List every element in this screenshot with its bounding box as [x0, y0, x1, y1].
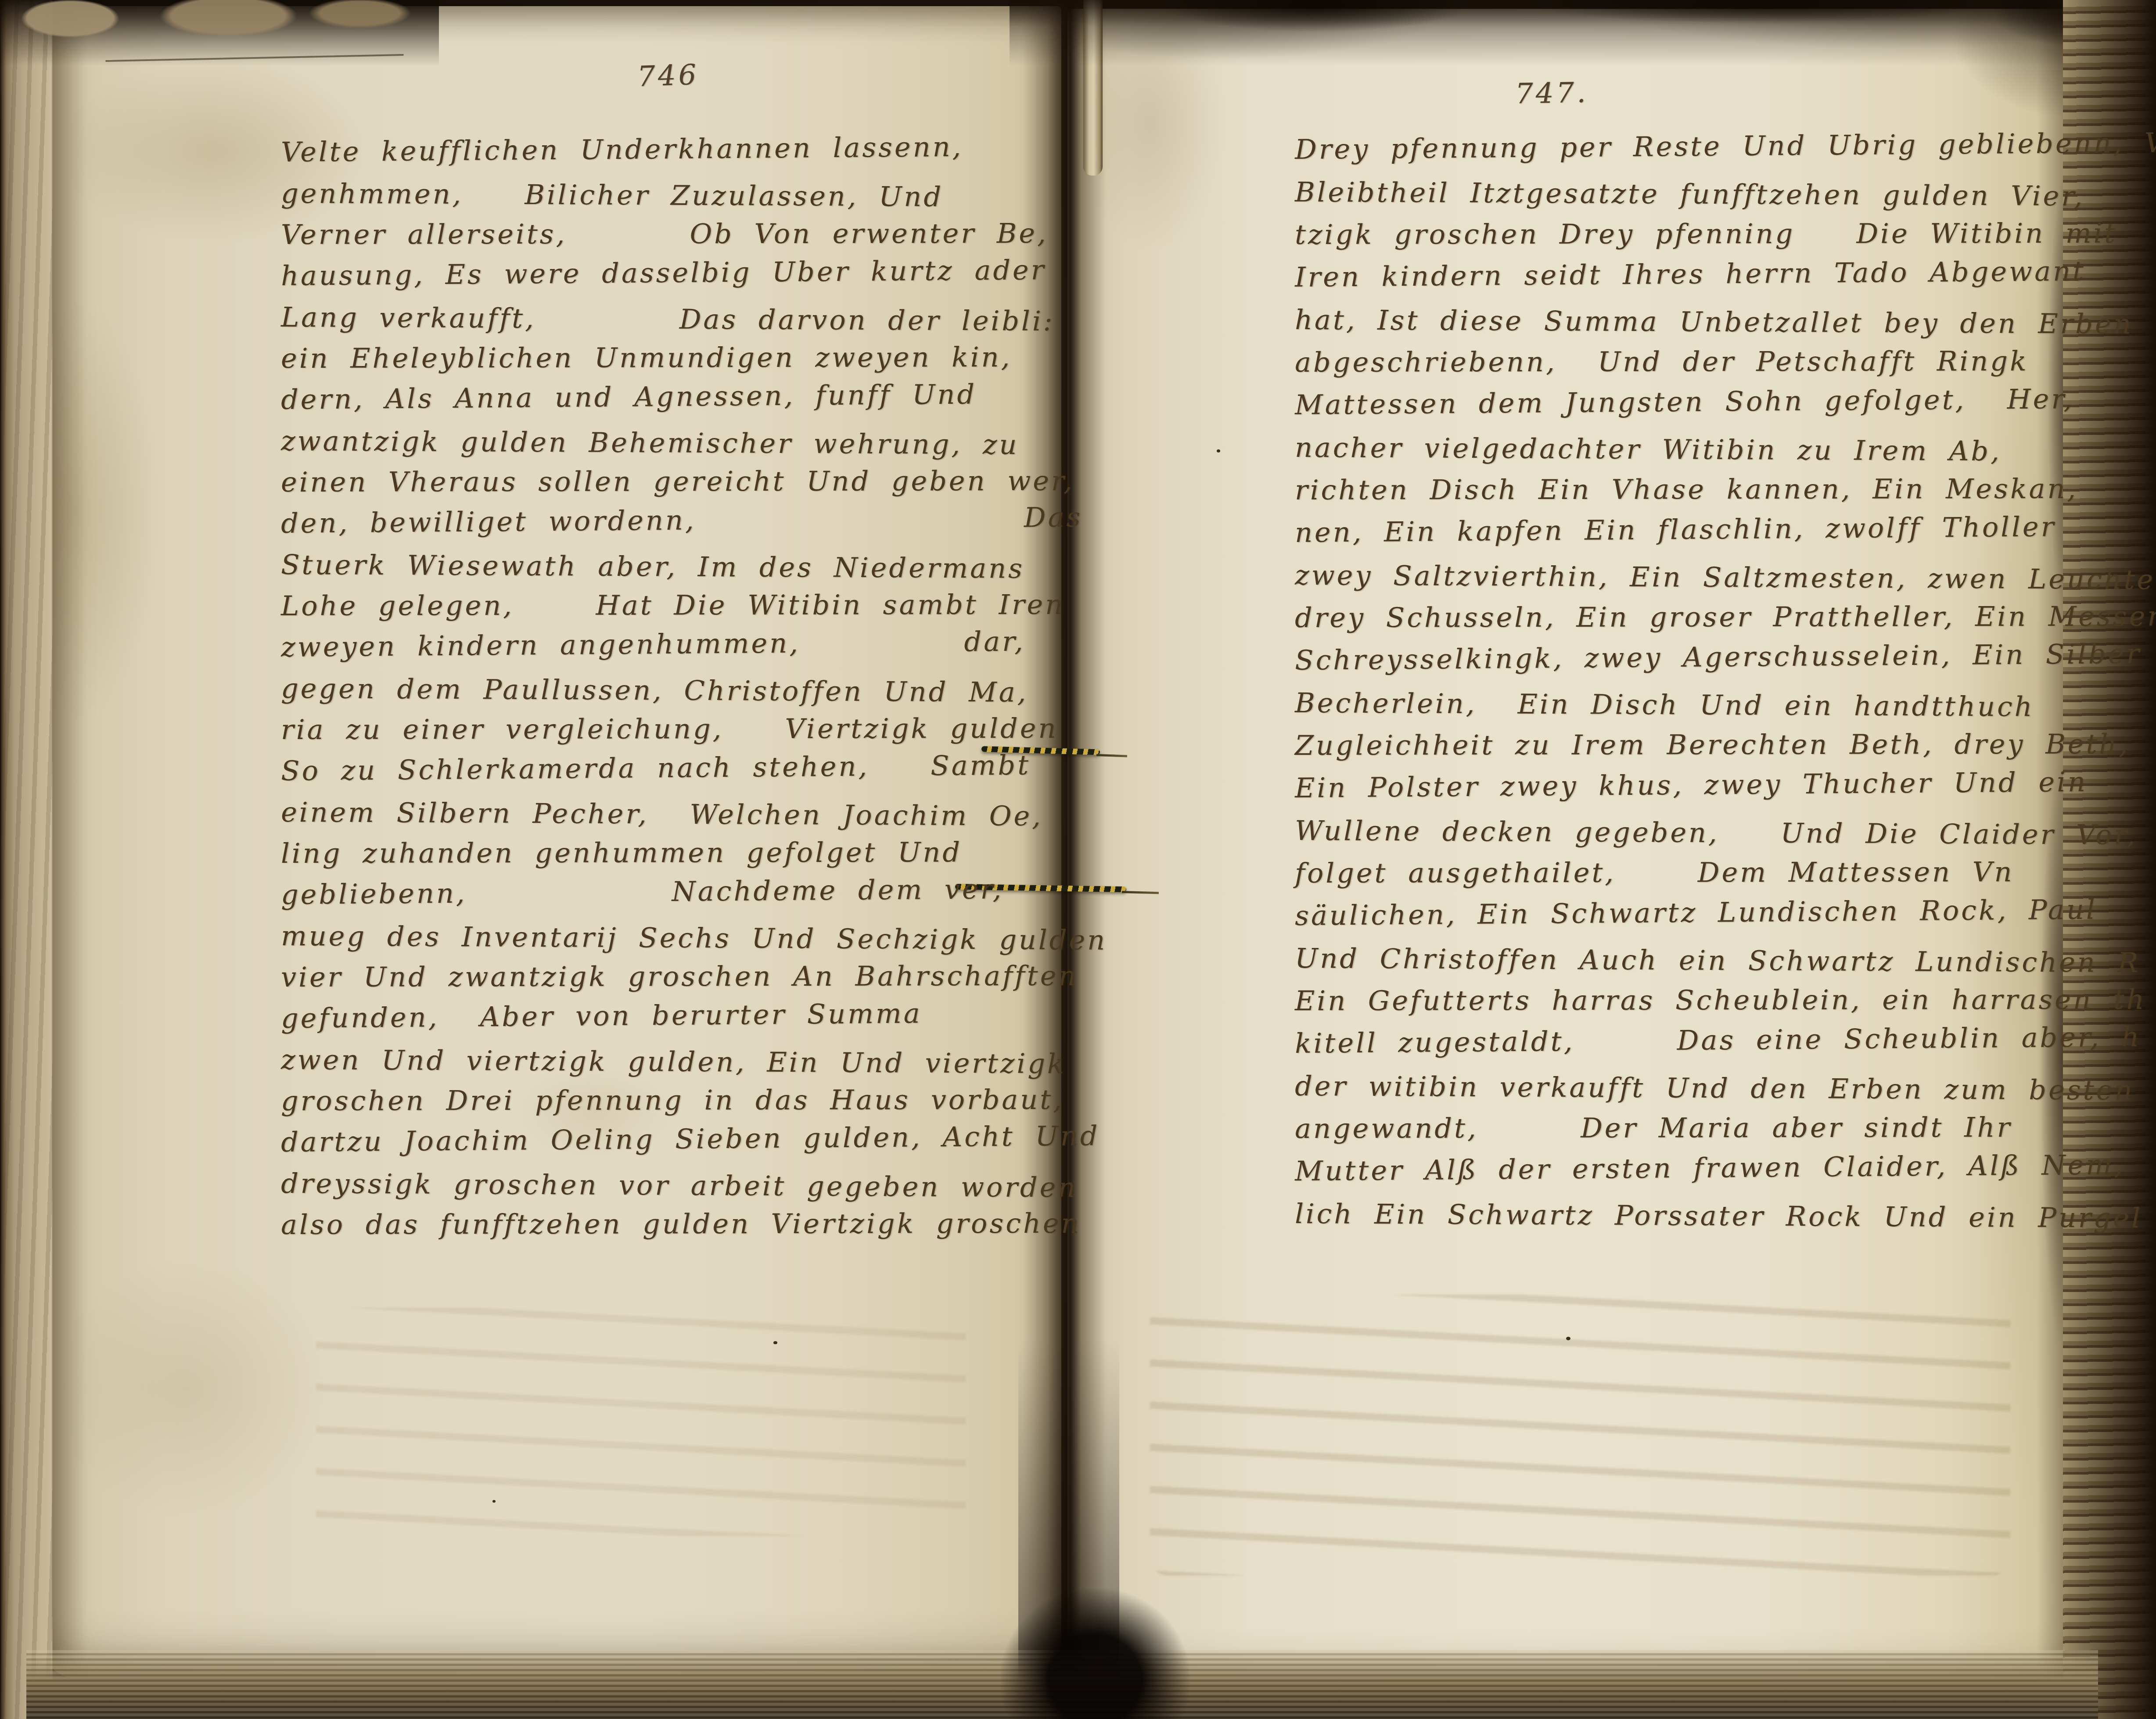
left-page-show-through [316, 1308, 966, 1536]
ink-speck [773, 1341, 777, 1344]
manuscript-line: nacher vielgedachter Witibin zu Irem Ab, [1295, 426, 2107, 473]
manuscript-line: abgeschriebenn, Und der Petschafft Ringk [1295, 340, 2107, 384]
manuscript-line: gegen dem Paullussen, Christoffen Und Ma… [281, 668, 1067, 713]
top-edge-grime [1010, 0, 2156, 66]
manuscript-line: dartzu Joachim Oeling Sieben gulden, Ach… [281, 1116, 1067, 1163]
manuscript-line: zweyen kindern angenhummen, dar, [281, 621, 1067, 668]
manuscript-line: Bleibtheil Itztgesatzte funfftzehen guld… [1295, 171, 2107, 218]
manuscript-line: Velte keufflichen Underkhannen lassenn, [281, 126, 1067, 173]
left-page-text: Velte keufflichen Underkhannen lassenn,g… [281, 132, 1067, 1245]
manuscript-line: Ein Polster zwey khus, zwey Thucher Und … [1295, 760, 2107, 809]
manuscript-line: ein Eheleyblichen Unmundigen zweyen kin, [281, 337, 1067, 379]
manuscript-line: gebliebenn, Nachdeme dem ver, [281, 868, 1067, 915]
ink-speck [492, 1500, 496, 1503]
right-page-show-through [1150, 1295, 2010, 1575]
manuscript-line: groschen Drei pfennung in das Haus vorba… [281, 1079, 1067, 1122]
manuscript-line: Schreysselkingk, zwey Agerschusselein, E… [1295, 632, 2107, 682]
manuscript-line: Ein Gefutterts harras Scheublein, ein ha… [1295, 978, 2107, 1022]
manuscript-line: Lohe gelegen, Hat Die Witibin sambt Iren [281, 584, 1067, 627]
manuscript-line: zwen Und viertzigk gulden, Ein Und viert… [281, 1039, 1067, 1084]
ink-speck [1566, 1337, 1570, 1340]
manuscript-line: So zu Schlerkamerda nach stehen, Sambt [281, 744, 1067, 792]
manuscript-line: einem Silbern Pecher, Welchen Joachim Oe… [281, 792, 1067, 837]
manuscript-line: lich Ein Schwartz Porssater Rock Und ein… [1295, 1192, 2107, 1239]
manuscript-line: Iren kindern seidt Ihres herrn Tado Abge… [1295, 249, 2107, 298]
manuscript-line: vier Und zwantzigk groschen An Bahrschaf… [281, 955, 1067, 998]
manuscript-line: Wullene decken gegeben, Und Die Claider … [1295, 809, 2107, 856]
manuscript-line: Zugleichheit zu Irem Berechten Beth, dre… [1295, 723, 2107, 767]
manuscript-line: Mutter Alß der ersten frawen Claider, Al… [1295, 1143, 2107, 1192]
manuscript-line: angewandt, Der Maria aber sindt Ihr [1295, 1106, 2107, 1150]
manuscript-line: Drey pfennung per Reste Und Ubrig geblie… [1295, 122, 2107, 171]
manuscript-line: mueg des Inventarij Sechs Und Sechzigk g… [281, 915, 1067, 961]
manuscript-line: Stuerk Wiesewath aber, Im des Niedermans [281, 544, 1067, 589]
manuscript-line: Verner allerseits, Ob Von erwenter Be, [281, 213, 1067, 255]
manuscript-line: zwey Saltzvierthin, Ein Saltzmesten, zwe… [1295, 554, 2107, 601]
manuscript-line: gefunden, Aber von berurter Summa [281, 992, 1067, 1039]
manuscript-line: Mattessen dem Jungsten Sohn gefolget, He… [1295, 377, 2107, 426]
manuscript-line: dern, Als Anna und Agnessen, funff Und [281, 373, 1067, 420]
manuscript-book-spread: 746 747. Velte keufflichen Underkhannen … [0, 0, 2156, 1719]
manuscript-line: richten Disch Ein Vhase kannen, Ein Mesk… [1295, 467, 2107, 511]
bottom-gutter-shadow [1001, 1589, 1189, 1719]
manuscript-line: also das funfftzehen gulden Viertzigk gr… [281, 1203, 1067, 1245]
manuscript-line: kitell zugestaldt, Das eine Scheublin ab… [1295, 1016, 2107, 1065]
manuscript-line: dreyssigk groschen vor arbeit gegeben wo… [281, 1163, 1067, 1208]
right-page-text: Drey pfennung per Reste Und Ubrig geblie… [1295, 128, 2107, 1235]
manuscript-line: hausung, Es were dasselbig Uber kurtz ad… [281, 249, 1067, 297]
left-page-number: 746 [637, 59, 700, 93]
manuscript-line: einen Vheraus sollen gereicht Und geben … [281, 460, 1067, 503]
manuscript-line: Lang verkaufft, Das darvon der leibli: [281, 297, 1067, 342]
manuscript-line: ling zuhanden genhummen gefolget Und [281, 832, 1067, 874]
manuscript-line: zwantzigk gulden Behemischer wehrung, zu [281, 420, 1067, 466]
manuscript-line: ria zu einer vergleichung, Viertzigk gul… [281, 708, 1067, 750]
manuscript-line: folget ausgethailet, Dem Mattessen Vn [1295, 851, 2107, 894]
left-cover-edge [0, 0, 53, 1719]
left-page-crease-shadow [52, 0, 87, 1719]
manuscript-line: säulichen, Ein Schwartz Lundischen Rock,… [1295, 888, 2107, 937]
manuscript-line: der witibin verkaufft Und den Erben zum … [1295, 1065, 2107, 1112]
manuscript-line: den, bewilliget wordenn, Das [281, 497, 1067, 544]
manuscript-line: genhmmen, Bilicher Zuzulassen, Und [281, 173, 1067, 218]
manuscript-line: hat, Ist diese Summa Unbetzallet bey den… [1295, 298, 2107, 345]
manuscript-line: nen, Ein kapfen Ein flaschlin, zwolff Th… [1295, 505, 2107, 554]
manuscript-line: tzigk groschen Drey pfenning Die Witibin… [1295, 212, 2107, 256]
manuscript-line: Becherlein, Ein Disch Und ein handtthuch [1295, 682, 2107, 729]
ink-speck [1217, 449, 1220, 452]
manuscript-line: Und Christoffen Auch ein Schwartz Lundis… [1295, 937, 2107, 984]
manuscript-line: drey Schusseln, Ein groser Prattheller, … [1295, 595, 2107, 639]
right-page-number: 747. [1515, 77, 1588, 111]
